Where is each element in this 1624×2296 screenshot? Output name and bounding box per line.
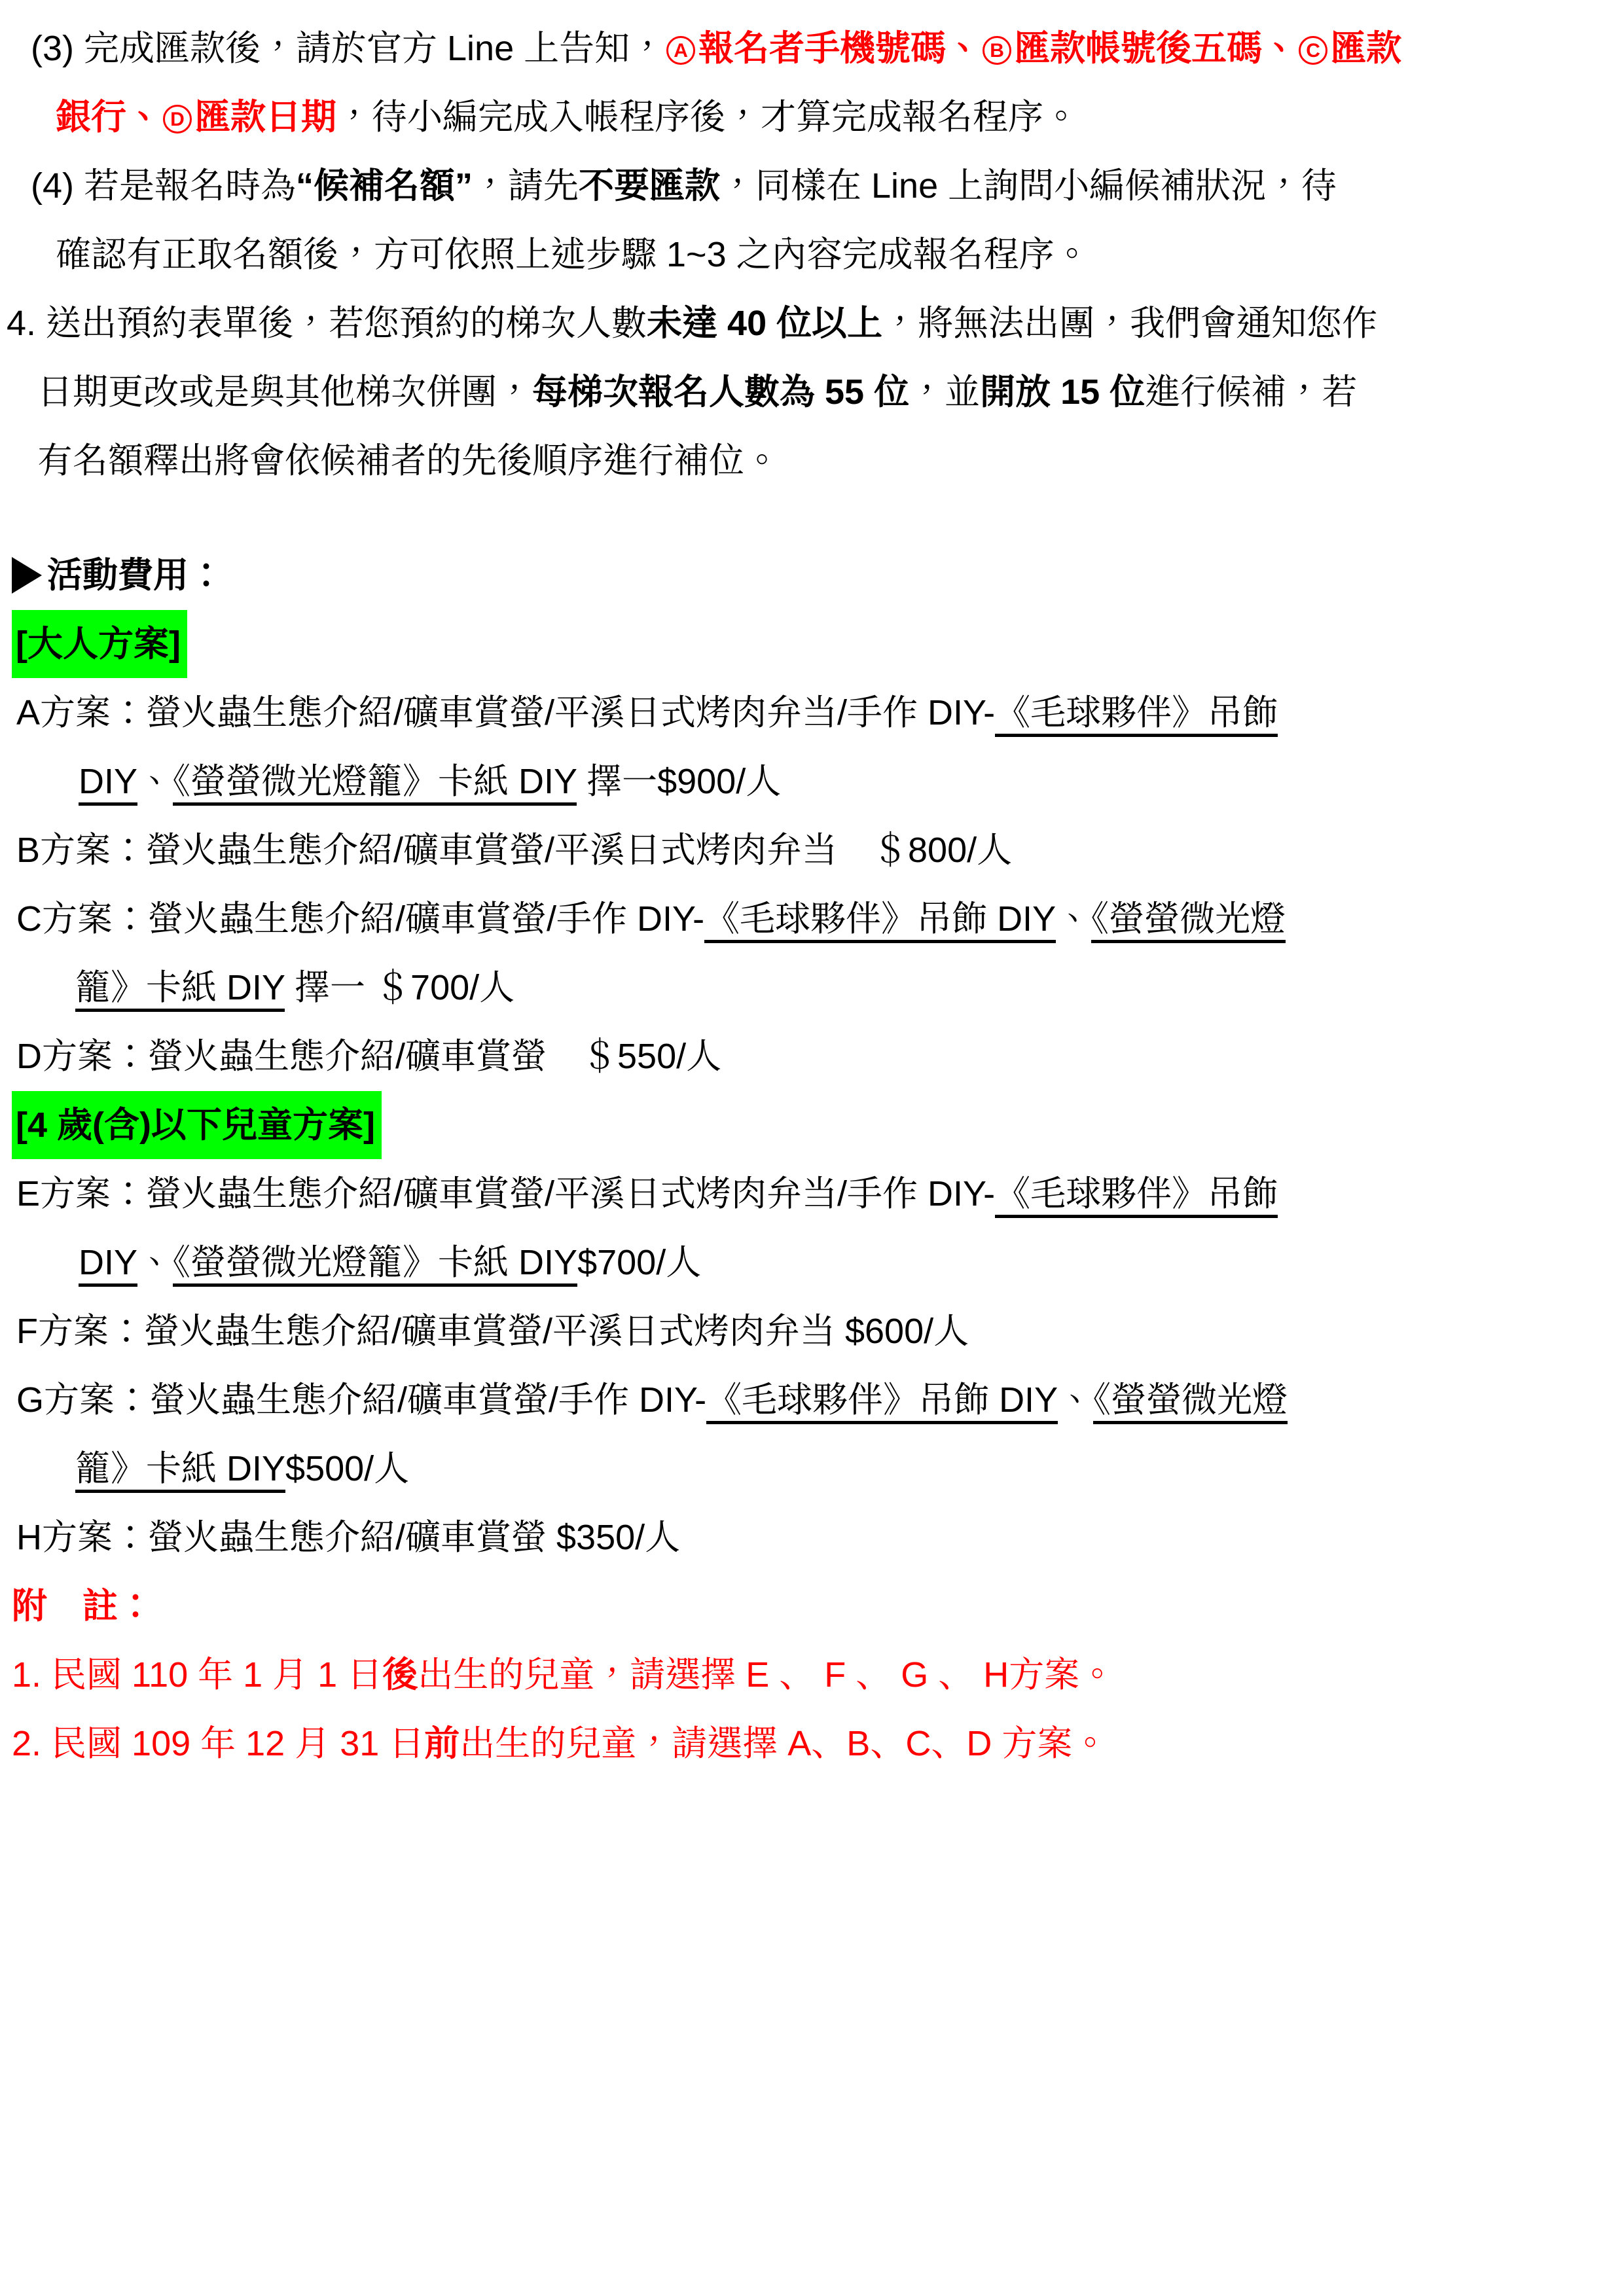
text-segment: 擇一$900/人 [577, 762, 781, 801]
text-segment: $500/人 [285, 1449, 409, 1488]
text-segment: 報名者手機號碼、 [698, 29, 981, 68]
text-segment: 日期更改或是與其他梯次併團， [37, 372, 532, 412]
text-segment: G方案：螢火蟲生態介紹/礦車賞螢/手作 DIY- [16, 1380, 706, 1420]
text-segment: 附 註： [12, 1587, 153, 1626]
notes-heading: 附 註： [0, 1572, 1624, 1641]
text-segment: D方案：螢火蟲生態介紹/礦車賞螢 ＄550/人 [16, 1037, 721, 1076]
circled-letter-b-icon: B [983, 36, 1011, 65]
text-segment: (4) 若是報名時為 [31, 166, 296, 206]
text-segment: 匯款日期 [195, 98, 336, 137]
step-4-line-2: 確認有正取名額後，方可依照上述步驟 1~3 之內容完成報名程序。 [0, 221, 1624, 289]
text-segment: 4. 送出預約表單後，若您預約的梯次人數 [7, 304, 647, 343]
arrow-right-icon [12, 557, 42, 594]
text-segment: 有名額釋出將會依候補者的先後順序進行補位。 [37, 441, 780, 480]
text-segment: 開放 15 位 [980, 372, 1145, 412]
plan-group-label-child: [4 歲(含)以下兒童方案] [0, 1091, 1624, 1160]
text-segment: 、 [1058, 1380, 1093, 1420]
text-segment: 確認有正取名額後，方可依照上述步驟 1~3 之內容完成報名程序。 [56, 235, 1090, 274]
plan-g-line-2: 籠》卡紙 DIY$500/人 [0, 1435, 1624, 1503]
text-segment: 《螢螢微光燈籠》卡紙 DIY [173, 1243, 577, 1287]
highlight-label: [大人方案] [12, 610, 187, 678]
plan-a-line-2: DIY、《螢螢微光燈籠》卡紙 DIY 擇一$900/人 [0, 747, 1624, 816]
text-segment: 、 [137, 1243, 173, 1282]
step-4-line-1: (4) 若是報名時為“候補名額”，請先不要匯款，同樣在 Line 上詢問小編候補… [0, 152, 1624, 221]
text-segment: 未達 40 位以上 [647, 304, 882, 343]
text-segment: A方案：螢火蟲生態介紹/礦車賞螢/平溪日式烤肉弁当/手作 DIY- [16, 693, 995, 732]
item-4-line-1: 4. 送出預約表單後，若您預約的梯次人數未達 40 位以上，將無法出團，我們會通… [0, 289, 1624, 358]
plan-a-line-1: A方案：螢火蟲生態介紹/礦車賞螢/平溪日式烤肉弁当/手作 DIY-《毛球夥伴》吊… [0, 679, 1624, 747]
plan-h-line: H方案：螢火蟲生態介紹/礦車賞螢 $350/人 [0, 1503, 1624, 1572]
spacer [0, 495, 1624, 541]
text-segment: DIY [79, 762, 137, 806]
text-segment: ，將無法出團，我們會通知您作 [882, 304, 1377, 343]
text-segment: 《毛球夥伴》吊飾 DIY [704, 899, 1056, 943]
circled-letter-d-icon: D [163, 105, 192, 134]
text-segment: 、 [1056, 899, 1091, 939]
text-segment: F方案：螢火蟲生態介紹/礦車賞螢/平溪日式烤肉弁当 $600/人 [16, 1312, 969, 1351]
text-segment: ，同樣在 Line 上詢問小編候補狀況，待 [720, 166, 1337, 206]
plan-c-line-2: 籠》卡紙 DIY 擇一 ＄700/人 [0, 954, 1624, 1022]
text-segment: 每梯次報名人數為 55 位 [532, 372, 909, 412]
text-segment: ，請先 [473, 166, 579, 206]
text-segment: 籠》卡紙 DIY [75, 968, 285, 1012]
highlight-label: [4 歲(含)以下兒童方案] [12, 1091, 382, 1159]
text-segment: 擇一 ＄700/人 [285, 968, 514, 1007]
step-3-line-2: 銀行、D匯款日期，待小編完成入帳程序後，才算完成報名程序。 [0, 83, 1624, 152]
text-segment: 後 [382, 1655, 418, 1695]
plan-f-line: F方案：螢火蟲生態介紹/礦車賞螢/平溪日式烤肉弁当 $600/人 [0, 1297, 1624, 1366]
item-4-line-2: 日期更改或是與其他梯次併團，每梯次報名人數為 55 位，並開放 15 位進行候補… [0, 358, 1624, 427]
document-page: (3) 完成匯款後，請於官方 Line 上告知，A報名者手機號碼、B匯款帳號後五… [0, 0, 1624, 2296]
note-1: 1. 民國 110 年 1 月 1 日後出生的兒童，請選擇 E 、 F 、 G … [0, 1641, 1624, 1710]
text-segment: 活動費用： [47, 556, 224, 595]
text-segment: DIY [79, 1243, 137, 1287]
text-segment: 1. 民國 110 年 1 月 1 日 [12, 1655, 382, 1695]
text-segment: 匯款 [1331, 29, 1401, 68]
text-segment: 前 [424, 1724, 460, 1763]
section-heading-fees: 活動費用： [0, 541, 1624, 610]
plan-c-line-1: C方案：螢火蟲生態介紹/礦車賞螢/手作 DIY-《毛球夥伴》吊飾 DIY、《螢螢… [0, 885, 1624, 954]
plan-e-line-1: E方案：螢火蟲生態介紹/礦車賞螢/平溪日式烤肉弁当/手作 DIY-《毛球夥伴》吊… [0, 1160, 1624, 1229]
text-segment: 出生的兒童，請選擇 E 、 F 、 G 、 H方案。 [418, 1655, 1115, 1695]
text-segment: “候補名額” [296, 166, 473, 206]
text-segment: 匯款帳號後五碼、 [1015, 29, 1297, 68]
text-segment: $700/人 [577, 1243, 701, 1282]
text-segment: 《毛球夥伴》吊飾 [995, 1174, 1278, 1218]
plan-b-line: B方案：螢火蟲生態介紹/礦車賞螢/平溪日式烤肉弁当 ＄800/人 [0, 816, 1624, 885]
text-segment: 不要匯款 [579, 166, 720, 206]
plan-group-label-adult: [大人方案] [0, 610, 1624, 679]
item-4-line-3: 有名額釋出將會依候補者的先後順序進行補位。 [0, 427, 1624, 495]
text-segment: 《毛球夥伴》吊飾 [995, 693, 1278, 737]
plan-d-line: D方案：螢火蟲生態介紹/礦車賞螢 ＄550/人 [0, 1022, 1624, 1091]
circled-letter-c-icon: C [1299, 36, 1327, 65]
text-segment: 銀行、 [56, 98, 162, 137]
circled-letter-a-icon: A [666, 36, 695, 65]
text-segment: C方案：螢火蟲生態介紹/礦車賞螢/手作 DIY- [16, 899, 704, 939]
text-segment: 《螢螢微光燈 [1091, 899, 1286, 943]
text-segment: 出生的兒童，請選擇 A、B、C、D 方案。 [460, 1724, 1108, 1763]
note-2: 2. 民國 109 年 12 月 31 日前出生的兒童，請選擇 A、B、C、D … [0, 1710, 1624, 1778]
text-segment: ，並 [909, 372, 980, 412]
text-segment: E方案：螢火蟲生態介紹/礦車賞螢/平溪日式烤肉弁当/手作 DIY- [16, 1174, 995, 1213]
text-segment: 《螢螢微光燈 [1093, 1380, 1288, 1424]
text-segment: B方案：螢火蟲生態介紹/礦車賞螢/平溪日式烤肉弁当 ＄800/人 [16, 831, 1012, 870]
plan-g-line-1: G方案：螢火蟲生態介紹/礦車賞螢/手作 DIY-《毛球夥伴》吊飾 DIY、《螢螢… [0, 1366, 1624, 1435]
plan-e-line-2: DIY、《螢螢微光燈籠》卡紙 DIY$700/人 [0, 1229, 1624, 1297]
document-body: (3) 完成匯款後，請於官方 Line 上告知，A報名者手機號碼、B匯款帳號後五… [0, 0, 1624, 1778]
text-segment: 《螢螢微光燈籠》卡紙 DIY [173, 762, 577, 806]
text-segment: 籠》卡紙 DIY [75, 1449, 285, 1493]
text-segment: 《毛球夥伴》吊飾 DIY [706, 1380, 1058, 1424]
text-segment: H方案：螢火蟲生態介紹/礦車賞螢 $350/人 [16, 1518, 680, 1557]
text-segment: 進行候補，若 [1145, 372, 1357, 412]
text-segment: 、 [137, 762, 173, 801]
text-segment: 2. 民國 109 年 12 月 31 日 [12, 1724, 424, 1763]
text-segment: (3) 完成匯款後，請於官方 Line 上告知， [31, 29, 665, 68]
text-segment: ，待小編完成入帳程序後，才算完成報名程序。 [336, 98, 1079, 137]
step-3-line-1: (3) 完成匯款後，請於官方 Line 上告知，A報名者手機號碼、B匯款帳號後五… [0, 14, 1624, 83]
